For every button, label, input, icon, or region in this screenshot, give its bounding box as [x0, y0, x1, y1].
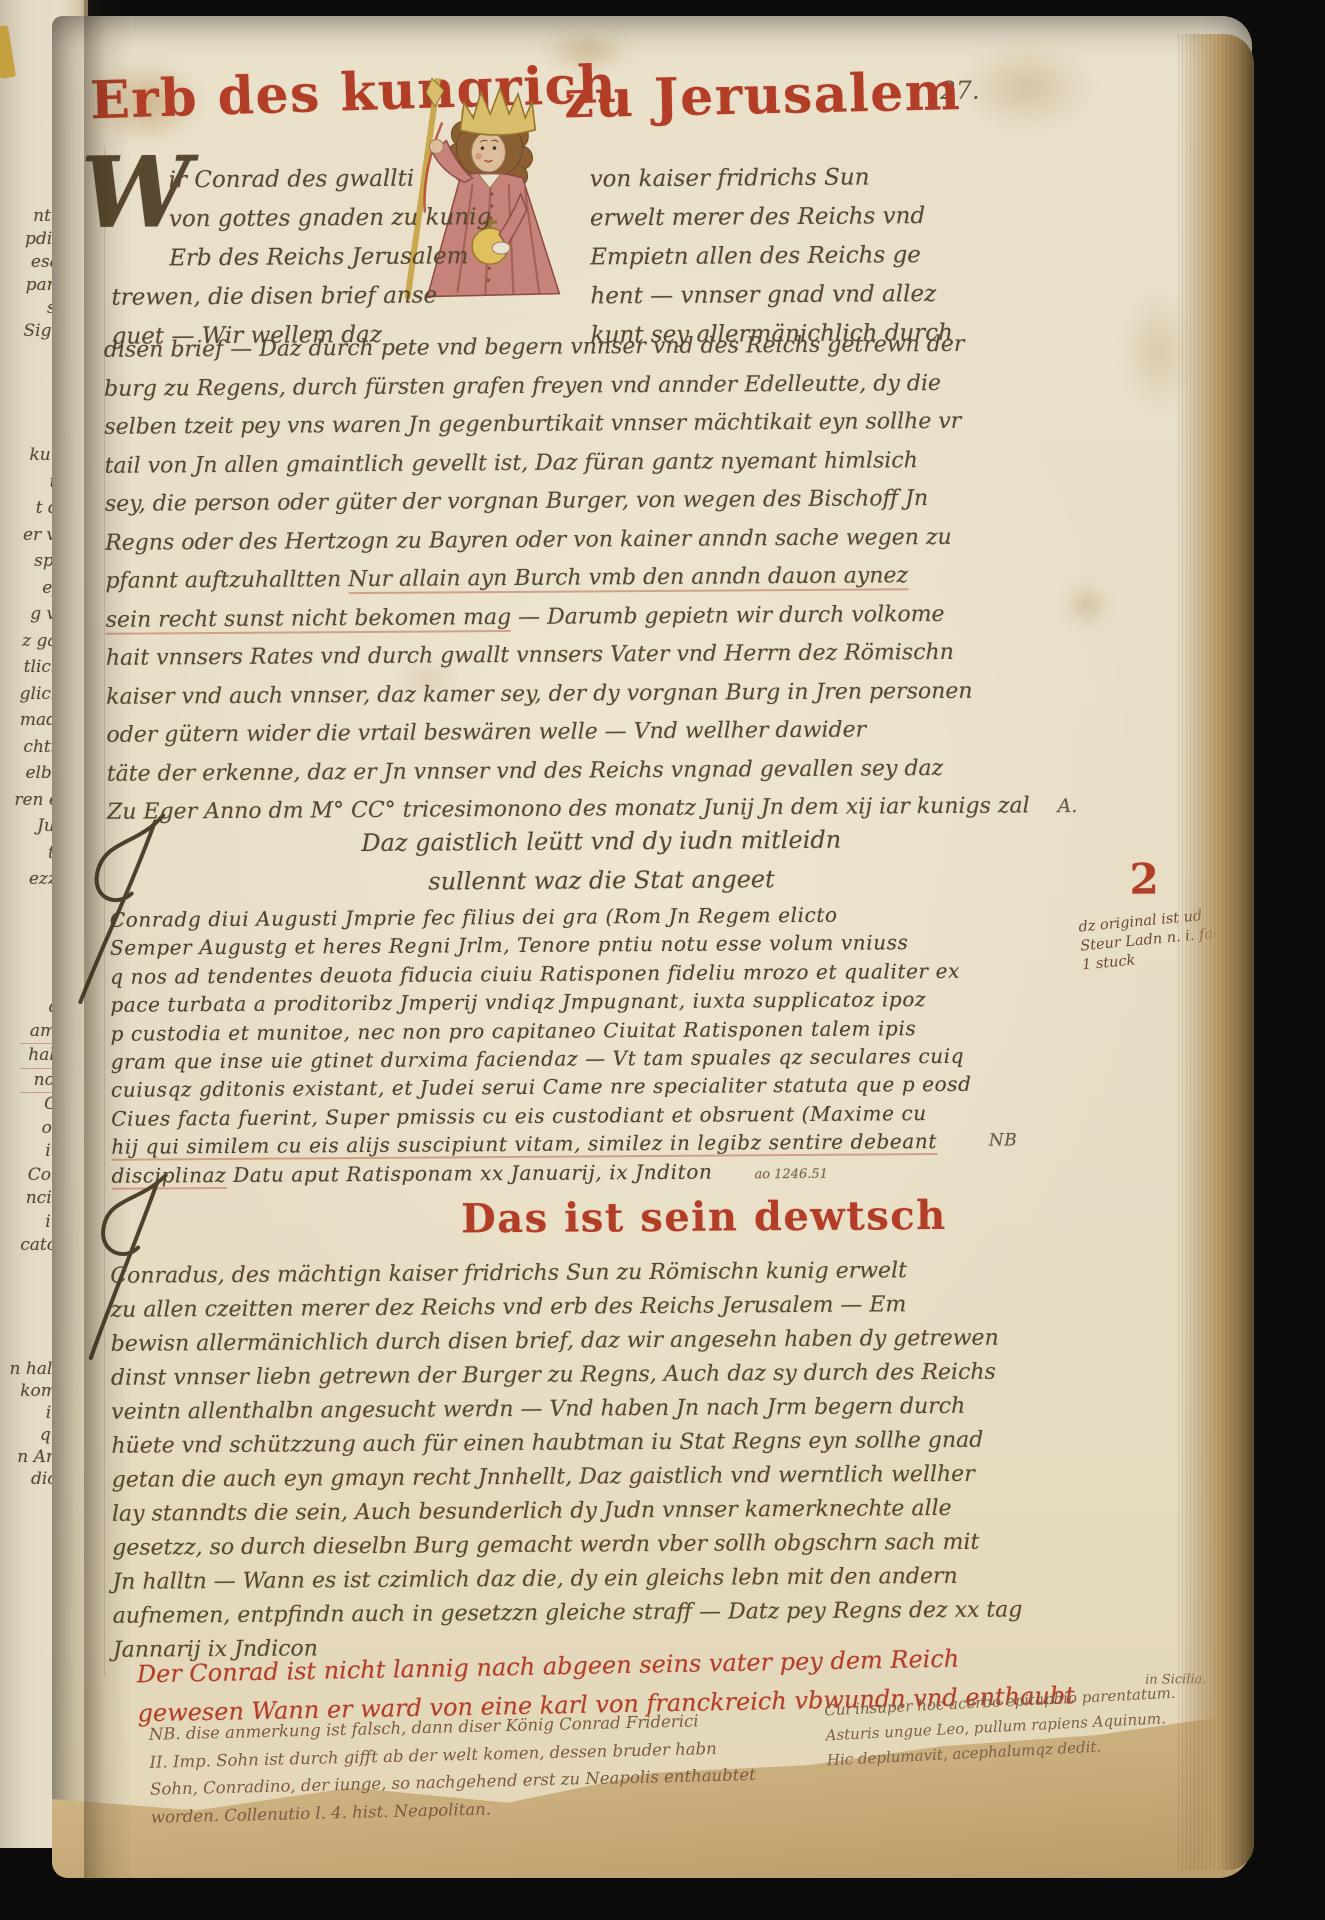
- charter-line: Erb des Reichs Jerusalem: [111, 237, 492, 279]
- book-fore-edge: [1178, 34, 1254, 1870]
- german-translation-text: Conradus, des mächtign kaiser fridrichs …: [110, 1253, 1023, 1667]
- red-underlined-phrase: Nur allain ayn Burch vmb den anndn dauon…: [348, 563, 908, 594]
- charter-line: Regns oder des Hertzogn zu Bayren oder v…: [105, 518, 1015, 563]
- nota-bene-mark: NB: [989, 1127, 1018, 1156]
- translation-rubric: Das ist sein dewtsch: [384, 1191, 1024, 1242]
- charter-line: ir Conrad des gwallti: [111, 159, 492, 201]
- red-underlined-phrase: hij qui similem cu eis alijs suscipiunt …: [111, 1129, 937, 1161]
- section-rubric: Daz gaistlich leütt vnd dy iudn mitleidn…: [281, 820, 922, 902]
- charter-line: Empietn allen des Reichs ge: [590, 236, 952, 278]
- charter-line: disen brief — Daz durch pete vnd begern …: [104, 325, 1014, 370]
- charter-line: burg zu Regens, durch fürsten grafen fre…: [104, 364, 1014, 409]
- charter-line-text: pfannt auftzuhalltten: [105, 567, 348, 594]
- latin-lines: Conradg diui Augusti Jmprie fec filius d…: [110, 900, 1012, 1134]
- charter-line: hait vnnsers Rates vnd durch gwallt vnns…: [106, 633, 1016, 678]
- nb-annotation: NB. dise anmerkung ist falsch, dann dise…: [148, 1706, 756, 1831]
- charter-line: von kaiser fridrichs Sun: [590, 158, 952, 200]
- page-content: 27. Erb des kungrich zu Jerusalem: [52, 16, 1252, 1878]
- charter-line: pfannt auftzuhalltten Nur allain ayn Bur…: [105, 556, 1015, 601]
- manuscript-page: 27. Erb des kungrich zu Jerusalem: [52, 16, 1252, 1878]
- charter-line: oder gütern wider die vrtail beswären we…: [106, 710, 1016, 755]
- charter-line: tail von Jn allen gmaintlich gevellt ist…: [104, 441, 1014, 486]
- charter-lines-upper: disen brief — Daz durch pete vnd begern …: [104, 325, 1016, 562]
- charter-line: von gottes gnaden zu kunig: [111, 198, 492, 240]
- translation-line: aufnemen, entpfindn auch in gesetzzn gle…: [113, 1593, 1023, 1633]
- section-rubric-line: Daz gaistlich leütt vnd dy iudn mitleidn: [281, 820, 921, 863]
- latin-line: disciplinaz Datu aput Ratisponam xx Janu…: [111, 1155, 1011, 1194]
- latin-charter-text: Conradg diui Augusti Jmprie fec filius d…: [110, 900, 1012, 1194]
- charter-lines-lower: hait vnnsers Rates vnd durch gwallt vnns…: [106, 633, 1017, 793]
- charter-line: selben tzeit pey vns waren Jn gegenburti…: [104, 402, 1014, 447]
- charter-line: kaiser vnd auch vnnser, daz kamer sey, d…: [106, 672, 1016, 717]
- charter-line: täte der erkenne, daz er Jn vnnser vnd d…: [107, 749, 1017, 794]
- charter-line: erwelt merer des Reichs vnd: [590, 197, 952, 239]
- year-annotation: ao 1246.51: [754, 1166, 828, 1182]
- manuscript-photo: ntumpditosesarepartius etSigillo6 kunigt…: [0, 0, 1325, 1920]
- charter-left-column: ir Conrad des gwalltivon gottes gnaden z…: [111, 159, 493, 357]
- charter-text: disen brief — Daz durch pete vnd begern …: [104, 325, 1017, 832]
- section-rubric-line: sullennt waz die Stat angeet: [281, 859, 921, 902]
- charter-line: sey, die person oder güter der vorgnan B…: [105, 479, 1015, 524]
- charter-line: sein recht sunst nicht bekomen mag — Dar…: [106, 595, 1016, 640]
- latin-line-text: Datu aput Ratisponam xx Januarij, ix Jnd…: [226, 1159, 712, 1186]
- marginal-letter-mark: A.: [1058, 795, 1078, 817]
- charter-line: hent — vnnser gnad vnd allez: [590, 275, 952, 317]
- margin-chapter-number: 2: [1129, 854, 1159, 903]
- red-underlined-phrase: sein recht sunst nicht bekomen mag: [106, 604, 512, 634]
- charter-line: trewen, die disen brief anse: [111, 276, 492, 318]
- rubric-title-right: zu Jerusalem: [563, 61, 961, 130]
- charter-line-text: — Darumb gepietn wir durch volkome: [511, 601, 945, 629]
